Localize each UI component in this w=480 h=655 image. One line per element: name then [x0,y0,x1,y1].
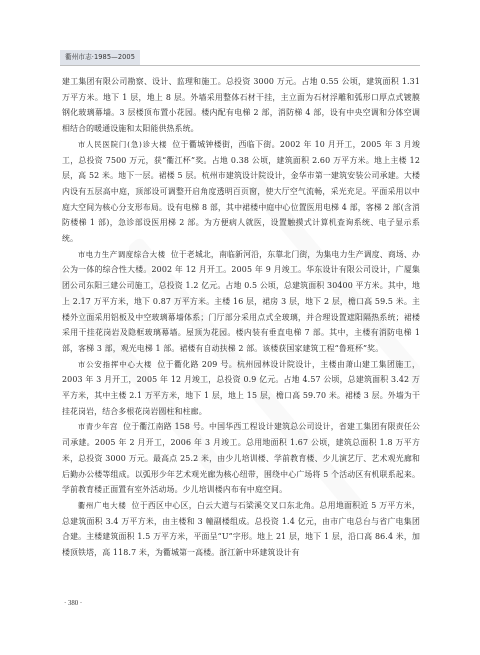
paragraph-text: 位于衢城钟楼街，西临下街。2002 年 10 月开工，2005 年 3 月竣工，… [62,140,420,243]
paragraph-hospital-building: 市人民医院门(急)诊大楼位于衢城钟楼街，西临下街。2002 年 10 月开工，2… [62,137,420,247]
paragraph-youth-palace: 市青少年宫位于衢江南路 158 号。中国华西工程设计建筑总公司设计，省建工集团有… [62,419,420,498]
paragraph-continued: 建工集团有限公司勘察、设计、监理和施工。总投资 3000 万元。占地 0.55 … [62,74,420,137]
running-title: 衢州市志·1985—2005 [60,50,140,65]
entry-title: 市公安指挥中心大楼 [78,360,153,369]
paragraph-broadcast-building: 衢州广电大楼位于西区中心区，白云大道与石梁溪交叉口东北角。总用地面积近 5 万平… [62,498,420,561]
body-text: 建工集团有限公司勘察、设计、监理和施工。总投资 3000 万元。占地 0.55 … [62,74,420,561]
paragraph-text: 建工集团有限公司勘察、设计、监理和施工。总投资 3000 万元。占地 0.55 … [62,77,420,133]
running-header: 衢州市志·1985—2005 [60,50,420,66]
paragraph-police-command-building: 市公安指挥中心大楼位于衢化路 209 号。杭州园林设计院设计，主楼由萧山建工集团… [62,357,420,420]
entry-title: 市电力生产调度综合大楼 [78,250,166,259]
entry-title: 衢州广电大楼 [78,501,127,510]
paragraph-text: 位于衢江南路 158 号。中国华西工程设计建筑总公司设计，省建工集团有限责任公司… [62,422,420,494]
entry-title: 市青少年宫 [78,422,118,431]
paragraph-text: 位于老城北，南临新河沿，东靠北门街，为集电力生产调度、商场、办公为一体的综合性大… [62,250,420,353]
entry-title: 市人民医院门(急)诊大楼 [78,140,168,149]
page-number: · 380 · [64,600,82,607]
header-divider [60,65,420,66]
paragraph-power-dispatch-building: 市电力生产调度综合大楼位于老城北，南临新河沿，东靠北门街，为集电力生产调度、商场… [62,247,420,357]
